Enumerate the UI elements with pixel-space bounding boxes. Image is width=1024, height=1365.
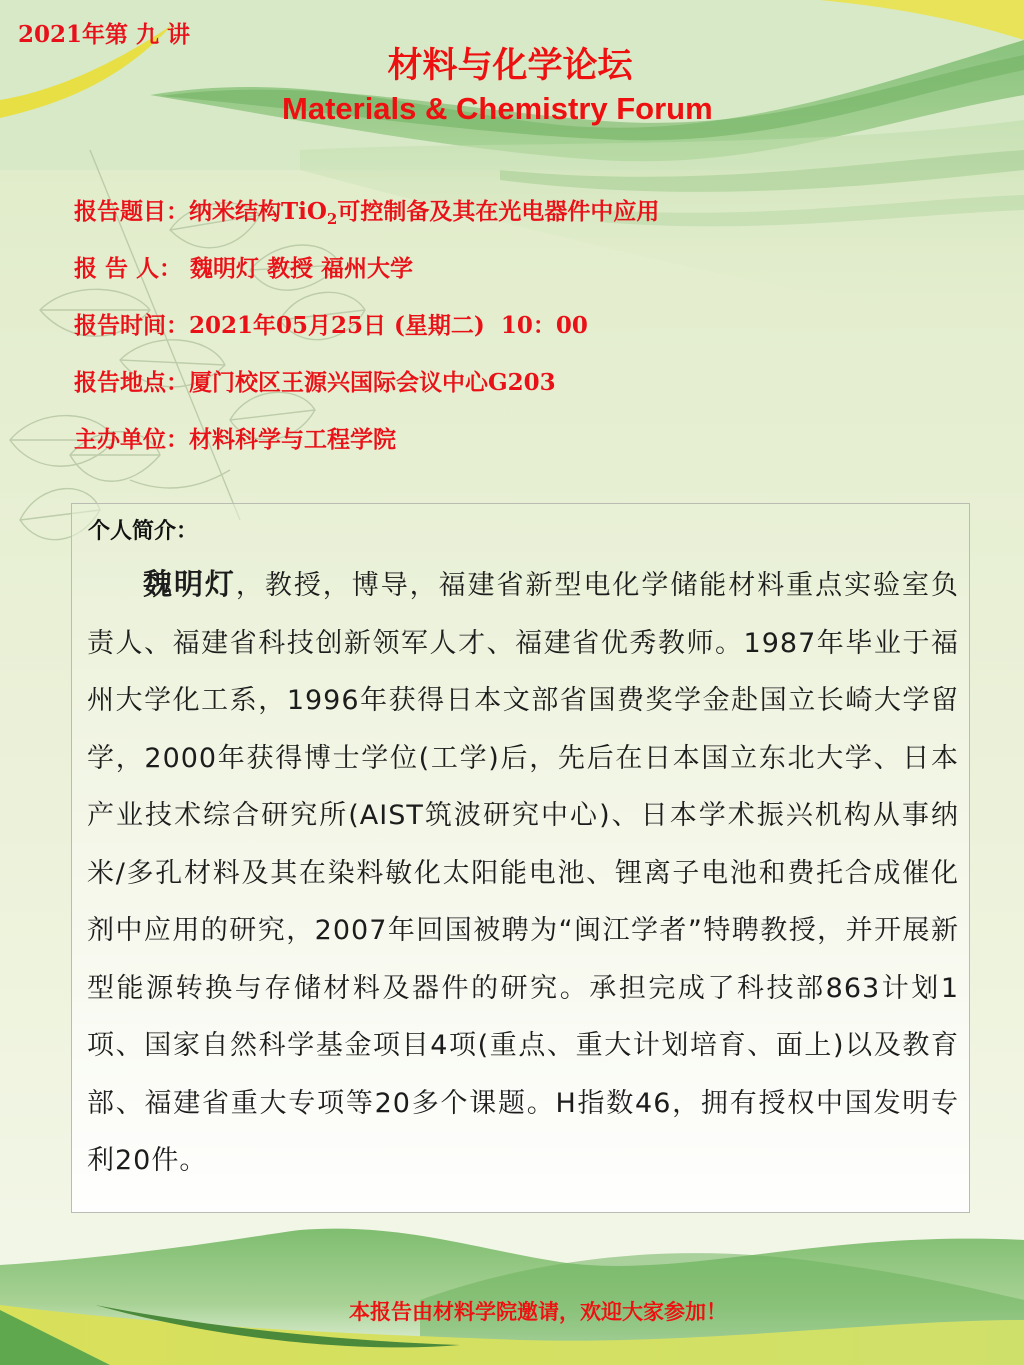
info-speaker-label: 报 告 人：	[74, 255, 190, 282]
info-host-value: 材料科学与工程学院	[189, 426, 396, 453]
info-host: 主办单位：材料科学与工程学院	[74, 420, 659, 477]
info-venue-label: 报告地点：	[74, 369, 189, 396]
info-topic: 报告题目：纳米结构TiO2可控制备及其在光电器件中应用	[74, 192, 659, 249]
info-time-label: 报告时间：	[74, 312, 189, 339]
forum-title-english: Materials & Chemistry Forum	[282, 91, 713, 127]
footer-invitation: 本报告由材料学院邀请，欢迎大家参加！	[0, 1296, 1024, 1326]
bio-section: 个人简介： 魏明灯，教授，博导，福建省新型电化学储能材料重点实验室负责人、福建省…	[71, 503, 970, 1213]
info-topic-label: 报告题目：	[74, 198, 189, 225]
bio-heading: 个人简介：	[88, 514, 198, 545]
info-host-label: 主办单位：	[74, 426, 189, 453]
bio-paragraph: 魏明灯，教授，博导，福建省新型电化学储能材料重点实验室负责人、福建省科技创新领军…	[87, 556, 959, 1190]
info-time-value: 2021年05月25日 (星期二) 10：00	[189, 312, 588, 339]
info-speaker: 报 告 人： 魏明灯 教授 福州大学	[74, 249, 659, 306]
forum-title-chinese: 材料与化学论坛	[0, 38, 1024, 88]
info-topic-value-2: 可控制备及其在光电器件中应用	[337, 198, 659, 225]
info-time: 报告时间：2021年05月25日 (星期二) 10：00	[74, 306, 659, 363]
info-venue: 报告地点：厦门校区王源兴国际会议中心G203	[74, 363, 659, 420]
info-speaker-value: 魏明灯 教授 福州大学	[190, 255, 413, 282]
lecture-info: 报告题目：纳米结构TiO2可控制备及其在光电器件中应用 报 告 人： 魏明灯 教…	[74, 192, 659, 477]
bio-body: ，教授，博导，福建省新型电化学储能材料重点实验室负责人、福建省科技创新领军人才、…	[87, 570, 959, 1176]
bio-name: 魏明灯	[143, 567, 236, 601]
info-topic-subscript: 2	[327, 210, 337, 228]
footer-invitation-text: 本报告由材料学院邀请，欢迎大家参加！	[349, 1300, 727, 1324]
info-topic-value-1: 纳米结构TiO	[189, 198, 327, 225]
forum-title-chinese-text: 材料与化学论坛	[387, 46, 632, 86]
info-venue-value: 厦门校区王源兴国际会议中心G203	[189, 369, 556, 396]
